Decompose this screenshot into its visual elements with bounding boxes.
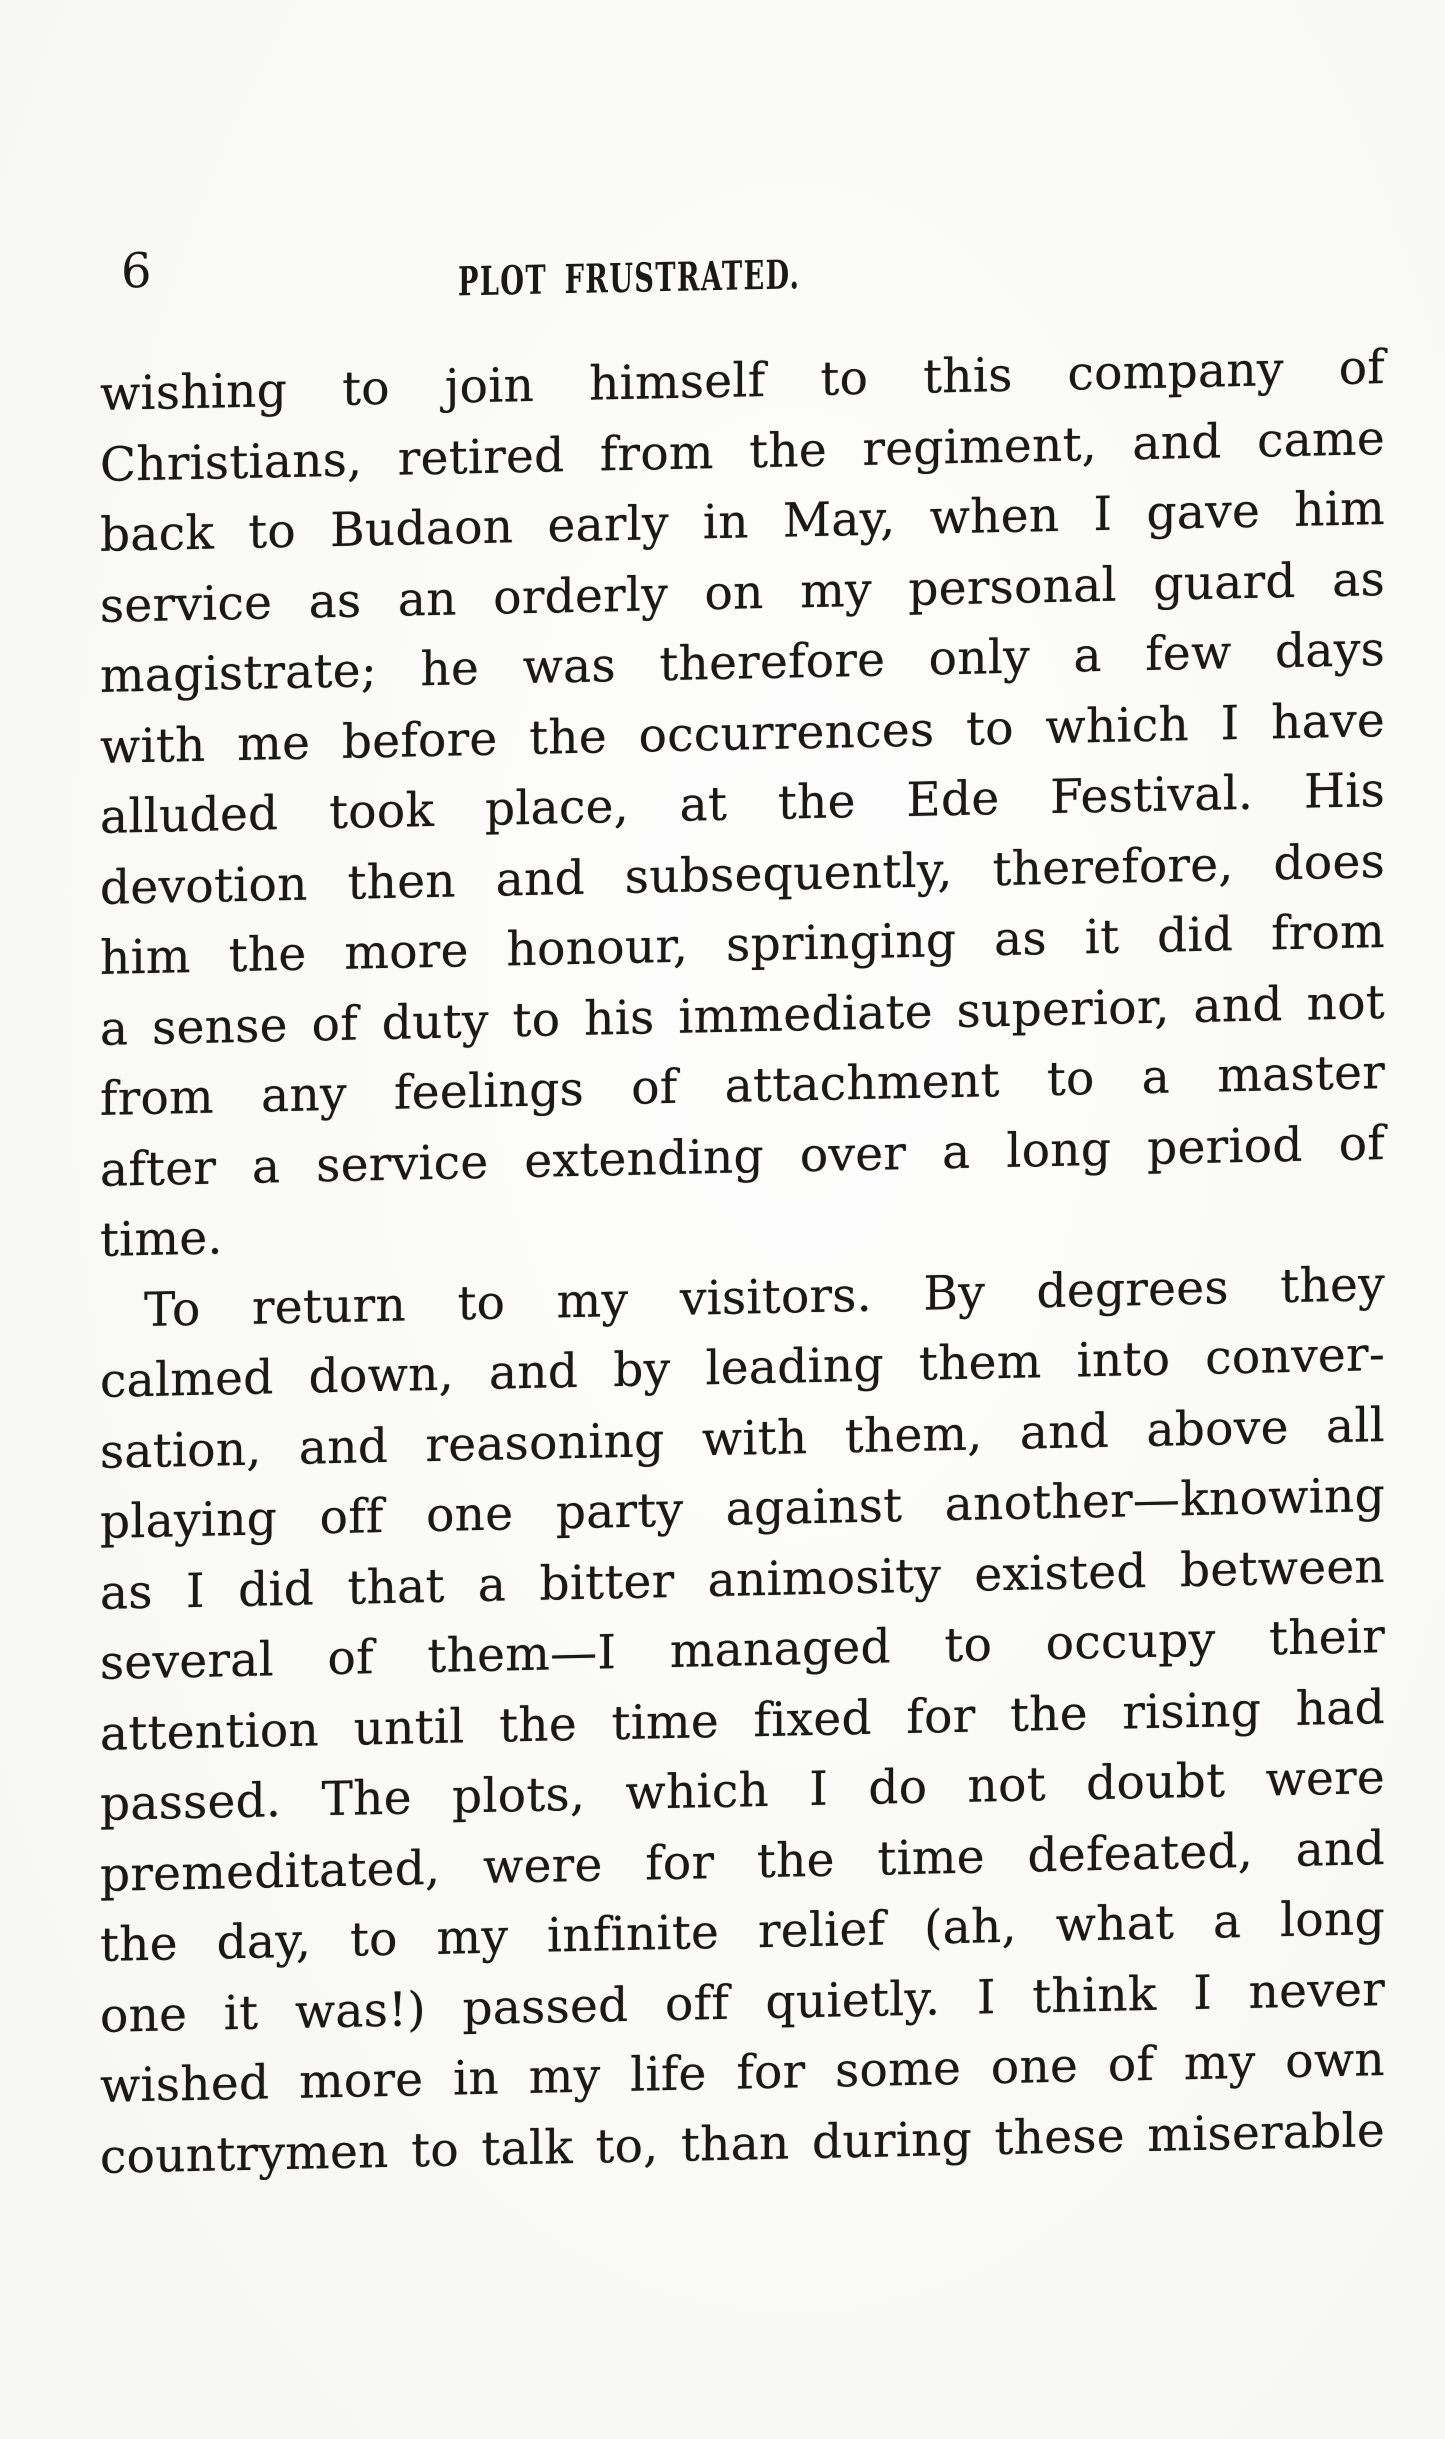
scanned-book-page: 6 PLOT FRUSTRATED. wishing to join himse… [0,0,1445,2439]
paragraph: To return to my visitors. By degrees the… [100,1249,1385,2192]
page-content: 6 PLOT FRUSTRATED. wishing to join himse… [0,0,1445,2439]
page-number: 6 [121,245,153,298]
paragraph: wishing to join himself to this company … [100,333,1385,1276]
body-text: wishing to join himself to this company … [100,333,1385,2193]
running-header: PLOT FRUSTRATED. [458,255,800,302]
